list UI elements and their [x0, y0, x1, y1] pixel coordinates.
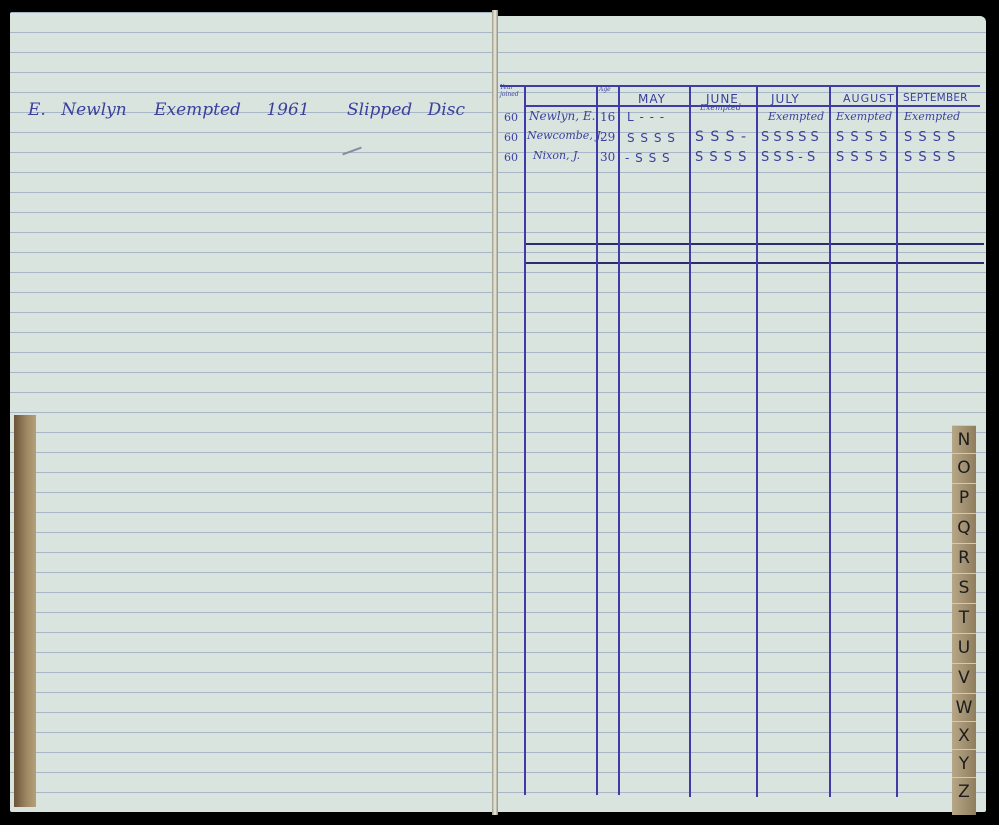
- index-tab-p[interactable]: P: [952, 483, 976, 512]
- index-tab-u[interactable]: U: [952, 633, 976, 662]
- row-august: S S S S: [836, 150, 888, 165]
- note-reason: Slipped Disc: [347, 100, 465, 120]
- row-age: 30: [600, 150, 615, 164]
- row-september: Exempted: [904, 110, 960, 123]
- note-name: E. Newlyn: [28, 100, 127, 120]
- row-july: S S S S S: [761, 130, 819, 145]
- col-line-july: [829, 85, 831, 797]
- index-tab-o[interactable]: O: [952, 453, 976, 482]
- left-page-worn-edge: [14, 415, 36, 807]
- row-june: Exempted: [700, 103, 741, 112]
- row-august: S S S S: [836, 130, 888, 145]
- col-line-age: [618, 85, 620, 795]
- row-august: Exempted: [836, 110, 892, 123]
- row-year: 60: [504, 131, 518, 144]
- row-name: Newlyn, E.: [529, 109, 595, 123]
- index-tab-w[interactable]: W: [952, 693, 976, 722]
- index-tab-y[interactable]: Y: [952, 749, 976, 778]
- col-line-august: [896, 85, 898, 797]
- index-tab-v[interactable]: V: [952, 663, 976, 692]
- index-tab-q[interactable]: Q: [952, 513, 976, 542]
- left-page: [10, 12, 495, 812]
- row-name: Newcombe, J.: [527, 129, 603, 142]
- note-year: 1961: [266, 100, 309, 120]
- col-line-may: [689, 85, 691, 797]
- col-line-june: [756, 85, 758, 797]
- row-may: L - - -: [627, 110, 665, 124]
- header-year-joined: Year joined: [500, 84, 524, 98]
- index-tab-s[interactable]: S: [952, 573, 976, 602]
- row-year: 60: [504, 151, 518, 164]
- row-september: S S S S: [904, 130, 956, 145]
- row-june: S S S S: [695, 150, 747, 165]
- header-bottom-line: [525, 105, 980, 107]
- row-may: - S S S: [625, 151, 671, 165]
- alphabet-index-tabs: N O P Q R S T U V W X Y Z: [952, 425, 976, 815]
- index-tab-z[interactable]: Z: [952, 777, 976, 806]
- row-year: 60: [504, 111, 518, 124]
- index-tab-x[interactable]: X: [952, 721, 976, 750]
- col-line-name: [596, 85, 598, 795]
- row-may: S S S S: [627, 131, 676, 145]
- row-age: 16: [600, 110, 615, 124]
- header-age: Age: [599, 86, 611, 93]
- row-june: S S S -: [695, 129, 747, 145]
- index-tab-r[interactable]: R: [952, 543, 976, 572]
- book-spine: [492, 10, 498, 815]
- col-line-year: [524, 85, 526, 795]
- section-line-2: [524, 262, 984, 264]
- row-july: Exempted: [768, 110, 824, 123]
- row-july: S S S - S: [761, 150, 815, 165]
- header-september: SEPTEMBER: [903, 92, 968, 104]
- index-tab-n[interactable]: N: [952, 425, 976, 454]
- note-status: Exempted: [154, 100, 241, 120]
- row-name: Nixon, J.: [533, 149, 580, 162]
- header-top-line: [500, 85, 980, 87]
- row-age: 29: [600, 130, 615, 144]
- index-tab-t[interactable]: T: [952, 603, 976, 632]
- row-september: S S S S: [904, 150, 956, 165]
- left-page-note: E. Newlyn Exempted 1961 Slipped Disc: [28, 100, 465, 120]
- header-july: JULY: [771, 92, 800, 106]
- header-august: AUGUST: [843, 92, 895, 105]
- section-line-1: [524, 243, 984, 245]
- header-may: MAY: [638, 92, 666, 106]
